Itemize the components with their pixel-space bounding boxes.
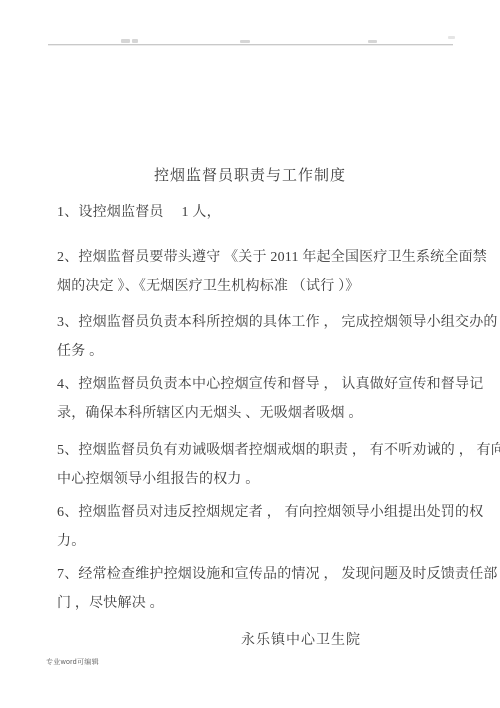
item-5-line-2: 中心控烟领导小组报告的权力 。 [57, 465, 449, 494]
item-1-line-1: 1、设控烟监督员 1 人， [57, 198, 449, 227]
numbered-item-4: 4、控烟监督员负责本中心控烟宣传和督导 ， 认真做好宣传和督导记 录，确保本科所… [57, 370, 449, 428]
header-faint-mark [132, 39, 138, 43]
signature-organization: 永乐镇中心卫生院 [241, 629, 361, 649]
item-6-line-2: 力。 [57, 527, 449, 556]
item-6-line-1: 6、控烟监督员对违反控烟规定者 ， 有向控烟领导小组提出处罚的权 [57, 498, 449, 527]
numbered-item-7: 7、经常检查维护控烟设施和宣传品的情况 ， 发现问题及时反馈责任部 门 ，尽快解… [57, 560, 449, 618]
header-faint-mark [368, 40, 377, 43]
numbered-item-2: 2、控烟监督员要带头遵守 《关于 2011 年起全国医疗卫生系统全面禁 烟的决定… [57, 243, 449, 301]
item-3-line-1: 3、控烟监督员负责本科所控烟的具体工作 ， 完成控烟领导小组交办的 [57, 308, 449, 337]
numbered-item-5: 5、控烟监督员负有劝诫吸烟者控烟戒烟的职责 ， 有不听劝诫的 ， 有向 中心控烟… [57, 436, 449, 494]
header-faint-mark [448, 36, 455, 39]
item-4-line-1: 4、控烟监督员负责本中心控烟宣传和督导 ， 认真做好宣传和督导记 [57, 370, 449, 399]
document-page: 控烟监督员职责与工作制度 1、设控烟监督员 1 人， 2、控烟监督员要带头遵守 … [0, 0, 500, 708]
item-5-line-1: 5、控烟监督员负有劝诫吸烟者控烟戒烟的职责 ， 有不听劝诫的 ， 有向 [57, 436, 449, 465]
item-7-line-1: 7、经常检查维护控烟设施和宣传品的情况 ， 发现问题及时反馈责任部 [57, 560, 449, 589]
numbered-item-6: 6、控烟监督员对违反控烟规定者 ， 有向控烟领导小组提出处罚的权 力。 [57, 498, 449, 556]
item-4-line-2: 录，确保本科所辖区内无烟头 、无吸烟者吸烟 。 [57, 399, 449, 428]
item-3-line-2: 任务 。 [57, 337, 449, 366]
numbered-item-1: 1、设控烟监督员 1 人， [57, 198, 449, 227]
item-7-line-2: 门 ，尽快解决 。 [57, 589, 449, 618]
header-faint-mark [240, 40, 250, 43]
header-faint-mark [121, 39, 130, 43]
header-divider [48, 44, 453, 46]
document-title: 控烟监督员职责与工作制度 [0, 164, 500, 185]
item-2-line-1: 2、控烟监督员要带头遵守 《关于 2011 年起全国医疗卫生系统全面禁 [57, 243, 449, 272]
footer-watermark-note: 专业word可编辑 [46, 657, 99, 667]
numbered-item-3: 3、控烟监督员负责本科所控烟的具体工作 ， 完成控烟领导小组交办的 任务 。 [57, 308, 449, 366]
item-2-line-2: 烟的决定 》、《无烟医疗卫生机构标准 （试行 ）》 [57, 272, 449, 301]
